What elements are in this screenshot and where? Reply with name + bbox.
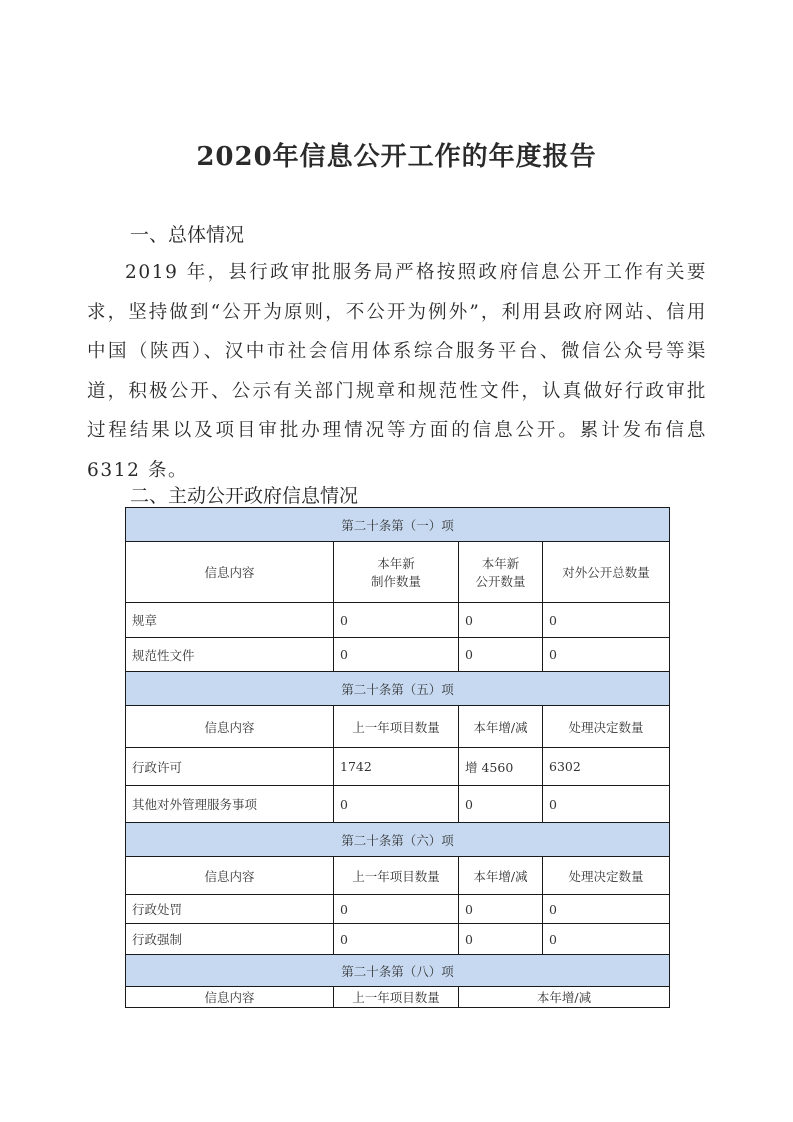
disclosure-table: 第二十条第（一）项 信息内容 本年新制作数量 本年新公开数量 对外公开总数量 规…: [125, 507, 670, 1008]
header-line: 公开数量: [475, 574, 525, 589]
column-header: 上一年项目数量: [334, 987, 459, 1008]
cell: 0: [459, 924, 543, 955]
section-title: 第二十条第（一）项: [126, 508, 670, 542]
section-row: 第二十条第（八）项: [126, 955, 670, 987]
column-header: 信息内容: [126, 706, 334, 748]
cell: 0: [334, 895, 459, 924]
column-header: 上一年项目数量: [334, 857, 459, 895]
cell: 0: [543, 924, 670, 955]
table-row: 行政处罚 0 0 0: [126, 895, 670, 924]
section-row: 第二十条第（一）项: [126, 508, 670, 542]
section-title: 第二十条第（六）项: [126, 823, 670, 857]
cell: 0: [459, 603, 543, 638]
cell: 0: [459, 786, 543, 823]
table-row: 行政许可 1742 增 4560 6302: [126, 748, 670, 786]
header-line: 制作数量: [371, 574, 421, 589]
column-header: 处理决定数量: [543, 857, 670, 895]
cell: 规章: [126, 603, 334, 638]
column-header: 信息内容: [126, 542, 334, 603]
table-row: 其他对外管理服务事项 0 0 0: [126, 786, 670, 823]
cell: 6302: [543, 748, 670, 786]
section-title: 第二十条第（八）项: [126, 955, 670, 987]
cell: 行政处罚: [126, 895, 334, 924]
header-row: 信息内容 上一年项目数量 本年增/减 处理决定数量: [126, 857, 670, 895]
cell: 规范性文件: [126, 638, 334, 672]
section-row: 第二十条第（六）项: [126, 823, 670, 857]
table-row: 行政强制 0 0 0: [126, 924, 670, 955]
cell: 0: [543, 786, 670, 823]
column-header: 本年增/减: [459, 857, 543, 895]
column-header: 上一年项目数量: [334, 706, 459, 748]
column-header: 本年增/减: [459, 706, 543, 748]
cell: 行政许可: [126, 748, 334, 786]
cell: 行政强制: [126, 924, 334, 955]
overview-paragraph: 2019 年，县行政审批服务局严格按照政府信息公开工作有关要求，坚持做到“公开为…: [87, 253, 707, 490]
cell: 0: [459, 638, 543, 672]
cell: 0: [459, 895, 543, 924]
column-header: 本年新制作数量: [334, 542, 459, 603]
table-row: 规范性文件 0 0 0: [126, 638, 670, 672]
column-header: 本年新公开数量: [459, 542, 543, 603]
section-title: 第二十条第（五）项: [126, 672, 670, 706]
column-header: 信息内容: [126, 987, 334, 1008]
column-header: 信息内容: [126, 857, 334, 895]
cell: 0: [543, 603, 670, 638]
header-line: 本年新: [482, 556, 520, 571]
header-row: 信息内容 本年新制作数量 本年新公开数量 对外公开总数量: [126, 542, 670, 603]
section-heading-proactive-disclosure: 二、主动公开政府信息情况: [130, 481, 358, 508]
cell: 1742: [334, 748, 459, 786]
table-row: 规章 0 0 0: [126, 603, 670, 638]
cell: 0: [334, 786, 459, 823]
cell: 0: [334, 924, 459, 955]
column-header: 本年增/减: [459, 987, 670, 1008]
cell: 0: [334, 603, 459, 638]
section-heading-overview: 一、总体情况: [130, 220, 244, 247]
cell: 0: [543, 638, 670, 672]
document-title: 2020年信息公开工作的年度报告: [0, 136, 793, 173]
cell: 其他对外管理服务事项: [126, 786, 334, 823]
cell: 增 4560: [459, 748, 543, 786]
header-row: 信息内容 上一年项目数量 本年增/减: [126, 987, 670, 1008]
cell: 0: [543, 895, 670, 924]
column-header: 对外公开总数量: [543, 542, 670, 603]
cell: 0: [334, 638, 459, 672]
header-row: 信息内容 上一年项目数量 本年增/减 处理决定数量: [126, 706, 670, 748]
section-row: 第二十条第（五）项: [126, 672, 670, 706]
header-line: 本年新: [377, 556, 415, 571]
column-header: 处理决定数量: [543, 706, 670, 748]
